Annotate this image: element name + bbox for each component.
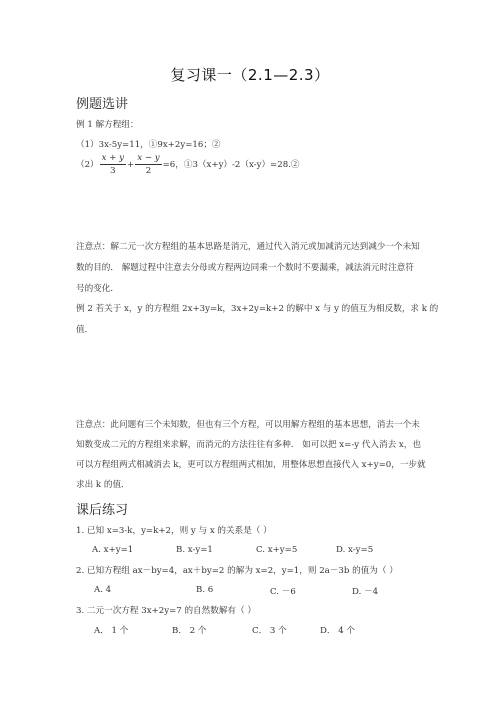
q3-option-c: C． 3 个 xyxy=(252,624,287,636)
note2-line3: 可以方程组两式相减消去 k，更可以方程组两式相加，用整体思想直接代入 x+y=0… xyxy=(76,458,426,470)
q3-option-b: B． 2 个 xyxy=(172,624,206,636)
note1-line2: 数的目的． 解题过程中注意去分母或方程两边同乘一个数时不要漏乘，减法消元时注意符 xyxy=(76,261,414,273)
example1-equation2: （2）x + y3+x − y2=6，①3（x+y）-2（x-y）=28.② xyxy=(76,152,300,177)
document-page: 复习课一（2.1—2.3） 例题选讲 例 1 解方程组： （1）3x-5y=11… xyxy=(0,0,500,707)
q2-option-c: C. －6 xyxy=(270,585,296,597)
example1-label: 例 1 解方程组： xyxy=(76,118,139,130)
eq2-suffix: =6，①3（x+y）-2（x-y）=28.② xyxy=(163,160,300,170)
example1-equation1: （1）3x-5y=11，①9x+2y=16；② xyxy=(76,138,221,150)
fraction-2: x − y2 xyxy=(135,152,161,177)
question-2: 2. 已知方程组 ax－by=4，ax＋by=2 的解为 x=2，y=1，则 2… xyxy=(76,564,398,576)
fraction-1-numerator: x + y xyxy=(100,152,126,165)
example2-line2: 值． xyxy=(76,323,93,335)
q1-option-a: A. x+y=1 xyxy=(92,545,133,555)
section-heading-examples: 例题选讲 xyxy=(76,93,128,112)
note2-line4: 求出 k 的值． xyxy=(76,478,130,490)
fraction-1-denominator: 3 xyxy=(100,165,126,177)
q3-option-d: D． 4 个 xyxy=(320,624,355,636)
q2-option-d: D. －4 xyxy=(352,585,378,597)
q2-option-a: A. 4 xyxy=(94,585,111,595)
q2-option-b: B. 6 xyxy=(196,585,213,595)
q1-option-d: D. x-y=5 xyxy=(336,545,373,555)
section-heading-exercises: 课后练习 xyxy=(76,499,128,518)
example2-line1: 例 2 若关于 x，y 的方程组 2x+3y=k，3x+2y=k+2 的解中 x… xyxy=(76,302,438,314)
question-1: 1. 已知 x=3-k，y=k+2，则 y 与 x 的关系是（ ） xyxy=(76,524,272,536)
note1-line3: 号的变化． xyxy=(76,282,119,294)
q3-option-a: A． 1 个 xyxy=(94,624,128,636)
question-3: 3. 二元一次方程 3x+2y=7 的自然数解有（ ） xyxy=(76,604,256,616)
page-title: 复习课一（2.1—2.3） xyxy=(0,64,500,85)
fraction-2-denominator: 2 xyxy=(135,165,161,177)
note2-line2: 知数变成二元的方程组来求解，而消元的方法往往有多种． 如可以把 x=-y 代入消… xyxy=(76,438,421,450)
note1-line1: 注意点：解二元一次方程组的基本思路是消元，通过代入消元或加减消元达到减少一个未知 xyxy=(76,240,420,252)
plus-sign: + xyxy=(127,160,134,170)
note2-line1: 注意点：此问题有三个未知数，但也有三个方程，可以用解方程组的基本思想，消去一个未 xyxy=(76,418,420,430)
fraction-1: x + y3 xyxy=(100,152,126,177)
q1-option-c: C. x+y=5 xyxy=(256,545,297,555)
q1-option-b: B. x-y=1 xyxy=(176,545,213,555)
eq2-prefix: （2） xyxy=(76,160,99,170)
fraction-2-numerator: x − y xyxy=(135,152,161,165)
